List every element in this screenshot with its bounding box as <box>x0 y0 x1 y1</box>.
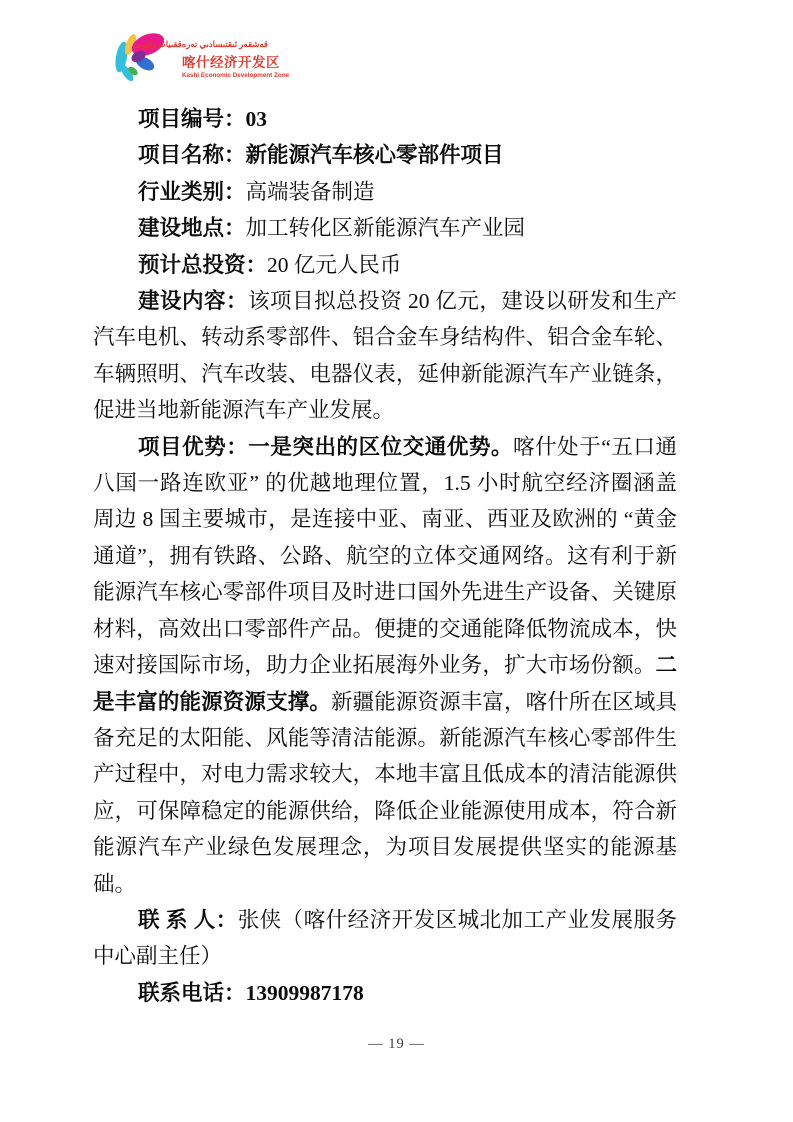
page-footer: — 19 — <box>0 1036 793 1053</box>
text-segment: 喀什处于“五口通八国一路连欧亚” 的优越地理位置，1.5 小时航空经济圈涵盖周边… <box>93 435 677 677</box>
para-contact-person: 联 系 人：张侠（喀什经济开发区城北加工产业发展服务中心副主任） <box>93 902 677 975</box>
para-construction-content: 建设内容：该项目拟总投资 20 亿元，建设以研发和生产汽车电机、转动系零部件、铝… <box>93 283 677 429</box>
text-segment: 新疆能源资源丰富，喀什所在区域具备充足的太阳能、风能等清洁能源。新能源汽车核心零… <box>93 690 677 896</box>
document-body: 项目编号：03项目名称：新能源汽车核心零部件项目行业类别：高端装备制造建设地点：… <box>93 101 677 1011</box>
logo-chinese-name: 喀什经济开发区 <box>182 51 268 71</box>
bold-text-segment: 预计总投资： <box>138 253 267 277</box>
bold-text-segment: 行业类别： <box>138 180 246 204</box>
logo-uyghur-name: قەشقەر ئىقتىسادىي تەرەققىيات رايونى <box>182 39 268 50</box>
bold-text-segment: 新能源汽车核心零部件项目 <box>246 143 504 167</box>
logo-english-name: Kashi Economic Development Zone <box>182 72 268 79</box>
field-industry-category: 行业类别：高端装备制造 <box>93 174 677 210</box>
logo-text-block: قەشقەر ئىقتىسادىي تەرەققىيات رايونى 喀什经济… <box>182 39 268 79</box>
bold-text-segment: 项目优势： <box>138 435 248 459</box>
field-total-investment: 预计总投资：20 亿元人民币 <box>93 247 677 283</box>
para-contact-phone: 联系电话：13909987178 <box>93 975 677 1011</box>
document-page: قەشقەر ئىقتىسادىي تەرەققىيات رايونى 喀什经济… <box>0 0 793 1122</box>
bold-text-segment: 建设地点： <box>138 216 246 240</box>
bold-text-segment: 联系电话： <box>138 981 246 1005</box>
page-number: — 19 — <box>368 1036 425 1052</box>
bold-text-segment: 一是突出的区位交通优势。 <box>248 435 513 459</box>
text-segment: 加工转化区新能源汽车产业园 <box>246 216 526 240</box>
bold-text-segment: 建设内容： <box>138 289 248 313</box>
bold-text-segment: 联 系 人： <box>138 908 238 932</box>
para-project-advantages: 项目优势：一是突出的区位交通优势。喀什处于“五口通八国一路连欧亚” 的优越地理位… <box>93 429 677 902</box>
field-project-name: 项目名称：新能源汽车核心零部件项目 <box>93 137 677 173</box>
bold-text-segment: 13909987178 <box>246 981 364 1005</box>
bold-text-segment: 03 <box>246 107 268 131</box>
bold-text-segment: 项目编号： <box>138 107 246 131</box>
field-construction-site: 建设地点：加工转化区新能源汽车产业园 <box>93 210 677 246</box>
bold-text-segment: 项目名称： <box>138 143 246 167</box>
text-segment: 20 亿元人民币 <box>267 253 401 277</box>
field-project-number: 项目编号：03 <box>93 101 677 137</box>
kashi-edz-logo: قەشقەر ئىقتىسادىي تەرەققىيات رايونى 喀什经济… <box>110 30 268 88</box>
text-segment: 高端装备制造 <box>246 180 375 204</box>
